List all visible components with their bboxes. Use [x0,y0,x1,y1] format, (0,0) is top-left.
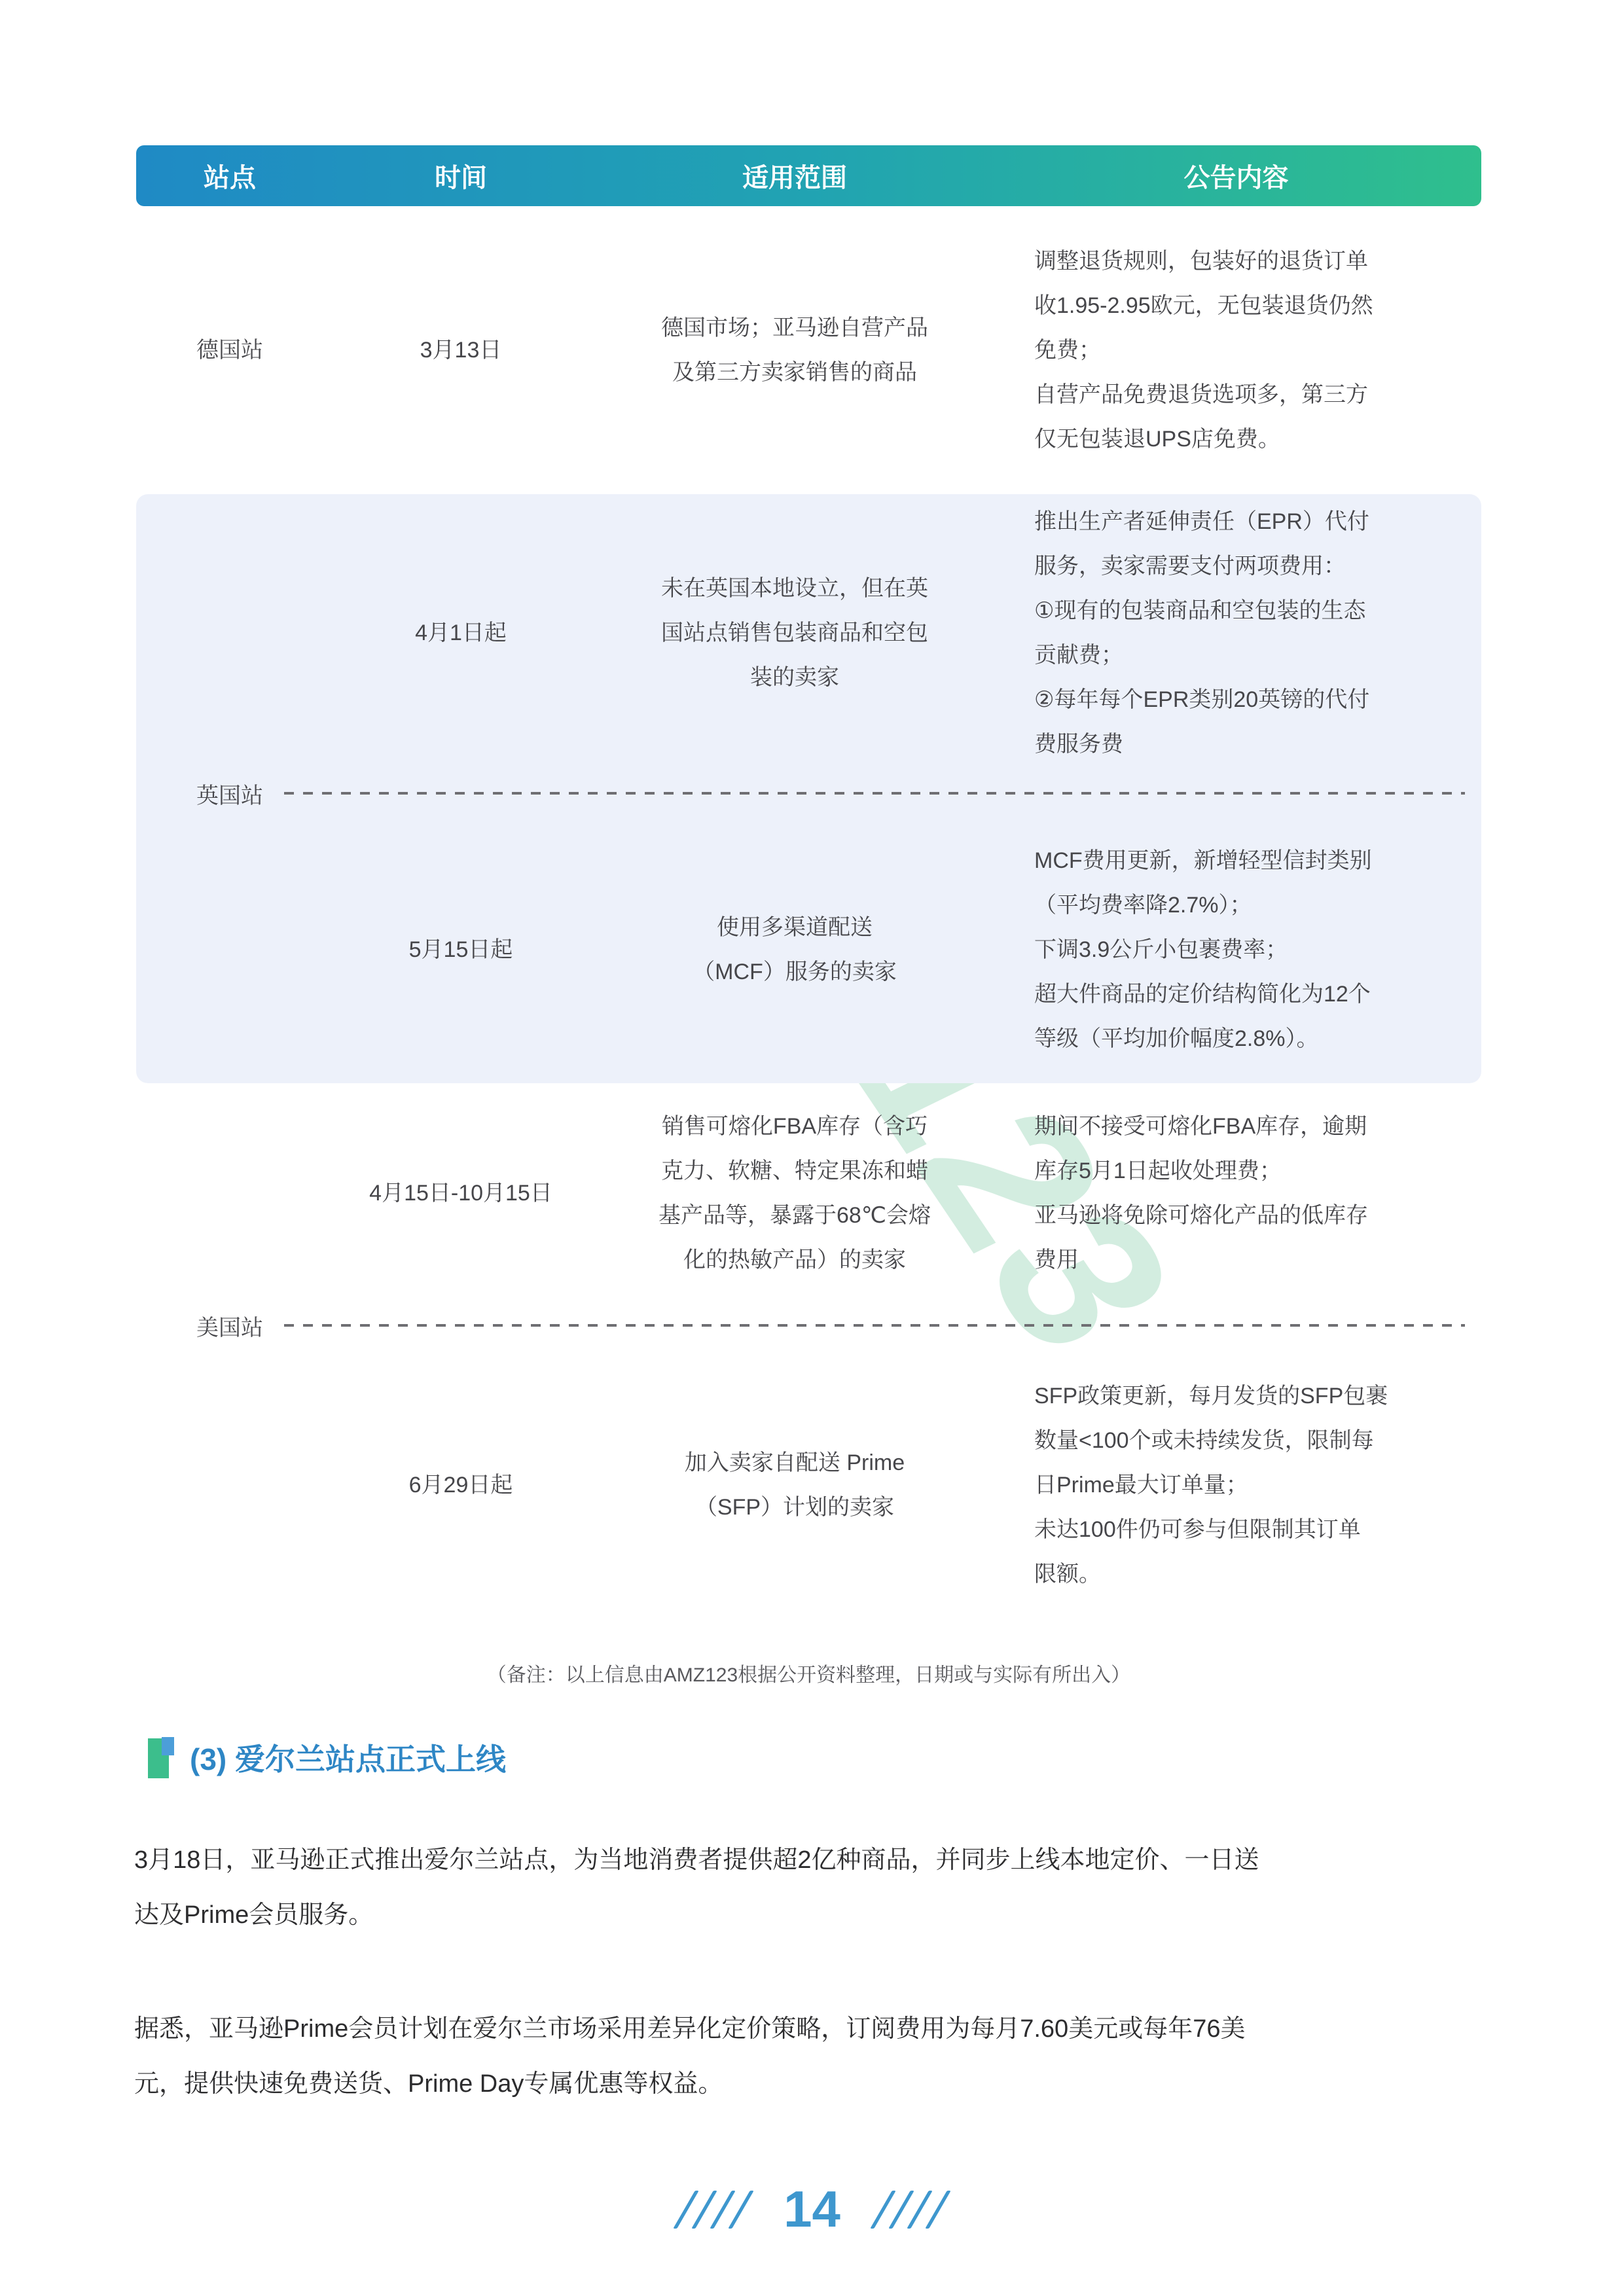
heading-bullet-icon [148,1737,169,1778]
announcement-cell: MCF费用更新，新增轻型信封类别 （平均费率降2.7%）； 下调3.9公斤小包裹… [991,838,1481,1061]
time-cell: 4月15日-10月15日 [323,1171,598,1215]
time-cell: 5月15日起 [323,927,598,972]
table-row-us-1: 4月15日-10月15日 销售可熔化FBA库存（含巧 克力、软糖、特定果冻和蜡 … [136,1083,1481,1303]
slashes-icon [684,2191,743,2229]
scope-cell: 销售可熔化FBA库存（含巧 克力、软糖、特定果冻和蜡 基产品等，暴露于68℃会熔… [598,1104,991,1282]
page-footer: 14 [0,2179,1624,2239]
announcement-table: 站点 时间 适用范围 公告内容 德国站 3月13日 德国市场；亚马逊自营产品 及… [136,145,1481,1687]
announcement-cell: 调整退货规则，包装好的退货订单 收1.95-2.95欧元，无包装退货仍然 免费；… [991,239,1481,461]
section-heading-text: (3) 爱尔兰站点正式上线 [190,1736,506,1779]
site-label-germany: 德国站 [136,328,323,372]
col-header-announcement: 公告内容 [991,157,1481,194]
col-header-site: 站点 [136,157,323,194]
time-cell: 6月29日起 [323,1463,598,1507]
table-header-row: 站点 时间 适用范围 公告内容 [136,145,1481,206]
scope-cell: 德国市场；亚马逊自营产品 及第三方卖家销售的商品 [598,306,991,395]
time-cell: 3月13日 [323,328,598,372]
report-page: AMZ123 站点 时间 适用范围 公告内容 德国站 3月13日 德国市场；亚马… [0,0,1624,2296]
announcement-cell: 推出生产者延伸责任（EPR）代付 服务，卖家需要支付两项费用： ①现有的包装商品… [991,499,1481,766]
slashes-icon [881,2191,940,2229]
page-number: 14 [784,2179,840,2239]
table-row-uk-1: 4月1日起 未在英国本地设立，但在英 国站点销售包装商品和空包 装的卖家 推出生… [136,494,1481,771]
uk-section-block: 4月1日起 未在英国本地设立，但在英 国站点销售包装商品和空包 装的卖家 推出生… [136,494,1481,1083]
time-cell: 4月1日起 [323,611,598,655]
col-header-time: 时间 [323,157,598,194]
uk-section-divider: 英国站 [136,771,1481,816]
announcement-cell: SFP政策更新，每月发货的SFP包裹 数量<100个或未持续发货，限制每 日Pr… [991,1374,1481,1596]
section-heading: (3) 爱尔兰站点正式上线 [136,1736,506,1779]
scope-cell: 未在英国本地设立，但在英 国站点销售包装商品和空包 装的卖家 [598,566,991,700]
bullet-blue-square [162,1737,174,1755]
body-paragraph: 3月18日，亚马逊正式推出爱尔兰站点，为当地消费者提供超2亿种商品，并同步上线本… [134,1833,1494,1943]
table-row-us-2: 6月29日起 加入卖家自配送 Prime （SFP）计划的卖家 SFP政策更新，… [136,1348,1481,1623]
us-section-divider: 美国站 [136,1303,1481,1348]
dashed-divider-line [284,792,1465,795]
us-section-block: 4月15日-10月15日 销售可熔化FBA库存（含巧 克力、软糖、特定果冻和蜡 … [136,1083,1481,1623]
body-paragraph: 据悉，亚马逊Prime会员计划在爱尔兰市场采用差异化定价策略，订阅费用为每月7.… [134,2001,1494,2111]
col-header-scope: 适用范围 [598,157,991,194]
table-row-uk-2: 5月15日起 使用多渠道配送 （MCF）服务的卖家 MCF费用更新，新增轻型信封… [136,816,1481,1083]
table-row-germany: 德国站 3月13日 德国市场；亚马逊自营产品 及第三方卖家销售的商品 调整退货规… [136,206,1481,494]
scope-cell: 使用多渠道配送 （MCF）服务的卖家 [598,905,991,994]
announcement-cell: 期间不接受可熔化FBA库存，逾期 库存5月1日起收处理费； 亚马逊将免除可熔化产… [991,1104,1481,1282]
scope-cell: 加入卖家自配送 Prime （SFP）计划的卖家 [598,1441,991,1530]
dashed-divider-line [284,1324,1465,1327]
table-footnote: （备注：以上信息由AMZ123根据公开资料整理，日期或与实际有所出入） [136,1659,1481,1687]
